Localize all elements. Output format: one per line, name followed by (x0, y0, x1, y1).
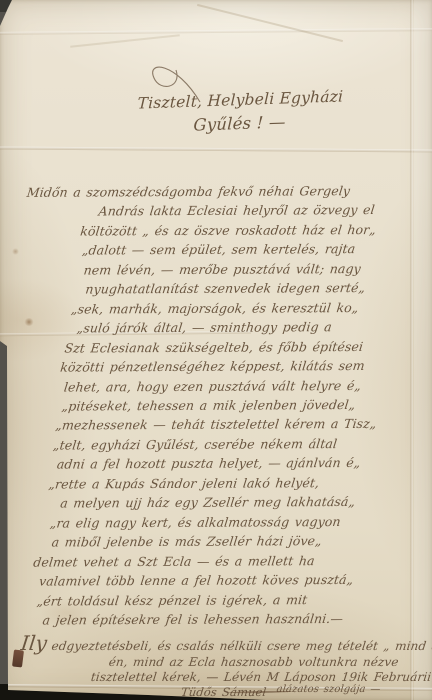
manuscript-line: András lakta Eclesiai helyről az özvegy … (97, 200, 424, 221)
closing-line-2: én, mind az Ecla hasznosabb voltunkra né… (0, 655, 430, 671)
letter-paper: Tisztelt, Helybeli Egyházi Gyűlés ! — Mi… (0, 0, 432, 700)
fold-crease-diagonal (197, 4, 343, 42)
manuscript-line: Szt Eclesianak szükségelteb, és főbb épí… (63, 336, 409, 357)
fold-crease-middle (0, 146, 432, 152)
manuscript-line: nem lévén, — merőbe pusztává vált; nagy (83, 259, 418, 280)
manuscript-line: lehet, ara, hogy ezen pusztává vált hely… (63, 375, 404, 396)
letter-heading: Tisztelt, Helybeli Egyházi Gyűlés ! — (107, 83, 373, 140)
manuscript-line: nyughatatlanítást szenvedek idegen serté… (84, 278, 415, 299)
manuscript-line: delmet vehet a Szt Ecla — és a mellett h… (32, 550, 384, 571)
manuscript-line: „suló járók által, — sminthogy pedig a (76, 317, 411, 338)
manuscript-line: a miből jelenbe is más Zsellér házi jöve… (51, 531, 386, 552)
manuscript-line: „ra elig nagy kert, és alkalmatosság vag… (49, 511, 388, 532)
letter-body: Midőn a szomszédcságomba fekvő néhai Ger… (0, 181, 432, 631)
closing-line-1: Ilyedgyeztetésbeli, és csalás nélküli cs… (0, 636, 432, 655)
signature-suffix: alázatos szolgája — (276, 684, 381, 695)
paper-edge-highlight (414, 0, 432, 700)
manuscript-line: „dalott — sem épület, sem kertelés, rajt… (81, 239, 420, 260)
manuscript-line: a melyen ujj ház egy Zsellér meg lakhatá… (59, 492, 390, 513)
manuscript-photo: Tisztelt, Helybeli Egyházi Gyűlés ! — Mi… (0, 0, 432, 700)
manuscript-line: adni a fel hozott puszta helyet, — ajánl… (56, 453, 395, 474)
manuscript-line: „ért toldásul kész pénzel is igérek, a m… (36, 589, 380, 610)
manuscript-line: Midőn a szomszédcságomba fekvő néhai Ger… (26, 181, 428, 203)
fold-crease-top (0, 28, 432, 35)
manuscript-line: a jelen építésekre fel is lehessen haszn… (41, 609, 376, 630)
manuscript-line: költözött „ és az öszve roskadott ház el… (79, 220, 423, 241)
manuscript-line: közötti pénzetlenségéhez képpest, kilátá… (59, 356, 407, 377)
manuscript-line: „pitéseket, tehessen a mik jelenben jöve… (61, 395, 402, 416)
letter-closing: Ilyedgyeztetésbeli, és csalás nélküli cs… (0, 636, 432, 700)
closing-line-1-text: edgyeztetésbeli, és csalás nélküli csere… (51, 639, 432, 653)
manuscript-line: „rette a Kupás Sándor jeleni lakó helyét… (47, 473, 393, 494)
manuscript-line: „sek, marhák, majorságok, és keresztül k… (70, 297, 414, 318)
manuscript-line: valamivel több lenne a fel hozott köves … (38, 570, 382, 591)
manuscript-line: „telt, egyházi Gyűlést, cserébe nékem ál… (52, 434, 398, 455)
manuscript-line: „mezhessenek — tehát tisztelettel kérem … (54, 414, 400, 435)
fold-crease-diagonal-2 (70, 34, 180, 47)
closing-drop-initial: Ily (20, 631, 49, 655)
